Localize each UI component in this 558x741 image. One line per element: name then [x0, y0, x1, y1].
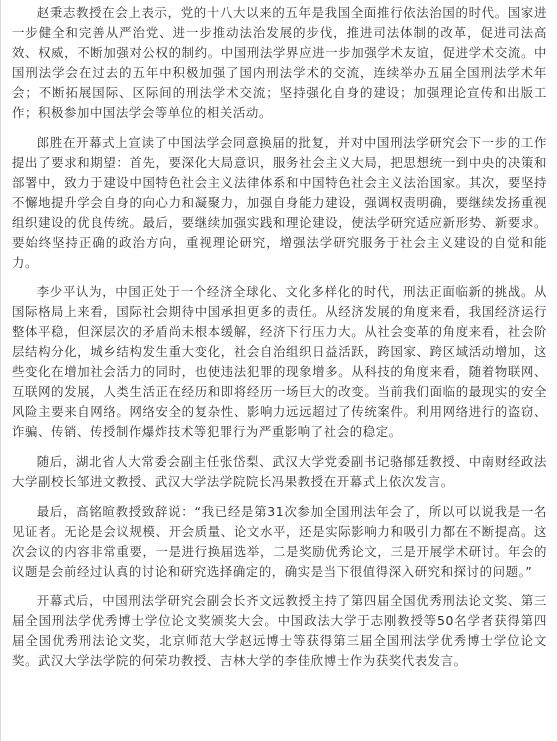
paragraph-lang-sheng-remarks: 郎胜在开幕式上宣读了中国法学会同意换届的批复，并对中国刑法学研究会下一步的工作提…: [12, 133, 547, 273]
paragraph-award-ceremony: 开幕式后，中国刑法学研究会副会长齐文远教授主持了第四届全国优秀刑法论文奖、第三届…: [12, 591, 547, 671]
paragraph-zhao-bingzhi-remarks: 赵秉志教授在会上表示，党的十八大以来的五年是我国全面推行依法治国的时代。国家进一…: [12, 3, 547, 123]
article-body: 赵秉志教授在会上表示，党的十八大以来的五年是我国全面推行依法治国的时代。国家进一…: [12, 3, 547, 681]
paragraph-gao-mingxuan-speech: 最后，高铭暄教授致辞说：“我已经是第31次参加全国刑法年会了，所以可以说我是一名…: [12, 502, 547, 582]
paragraph-li-shaoping-remarks: 李少平认为，中国正处于一个经济全球化、文化多样化的时代，刑法正面临新的挑战。从国…: [12, 282, 547, 442]
article-frame: 赵秉志教授在会上表示，党的十八大以来的五年是我国全面推行依法治国的时代。国家进一…: [0, 0, 558, 741]
paragraph-officials-speeches: 随后，湖北省人大常委会副主任张岱梨、武汉大学党委副书记骆郁廷教授、中南财经政法大…: [12, 452, 547, 492]
